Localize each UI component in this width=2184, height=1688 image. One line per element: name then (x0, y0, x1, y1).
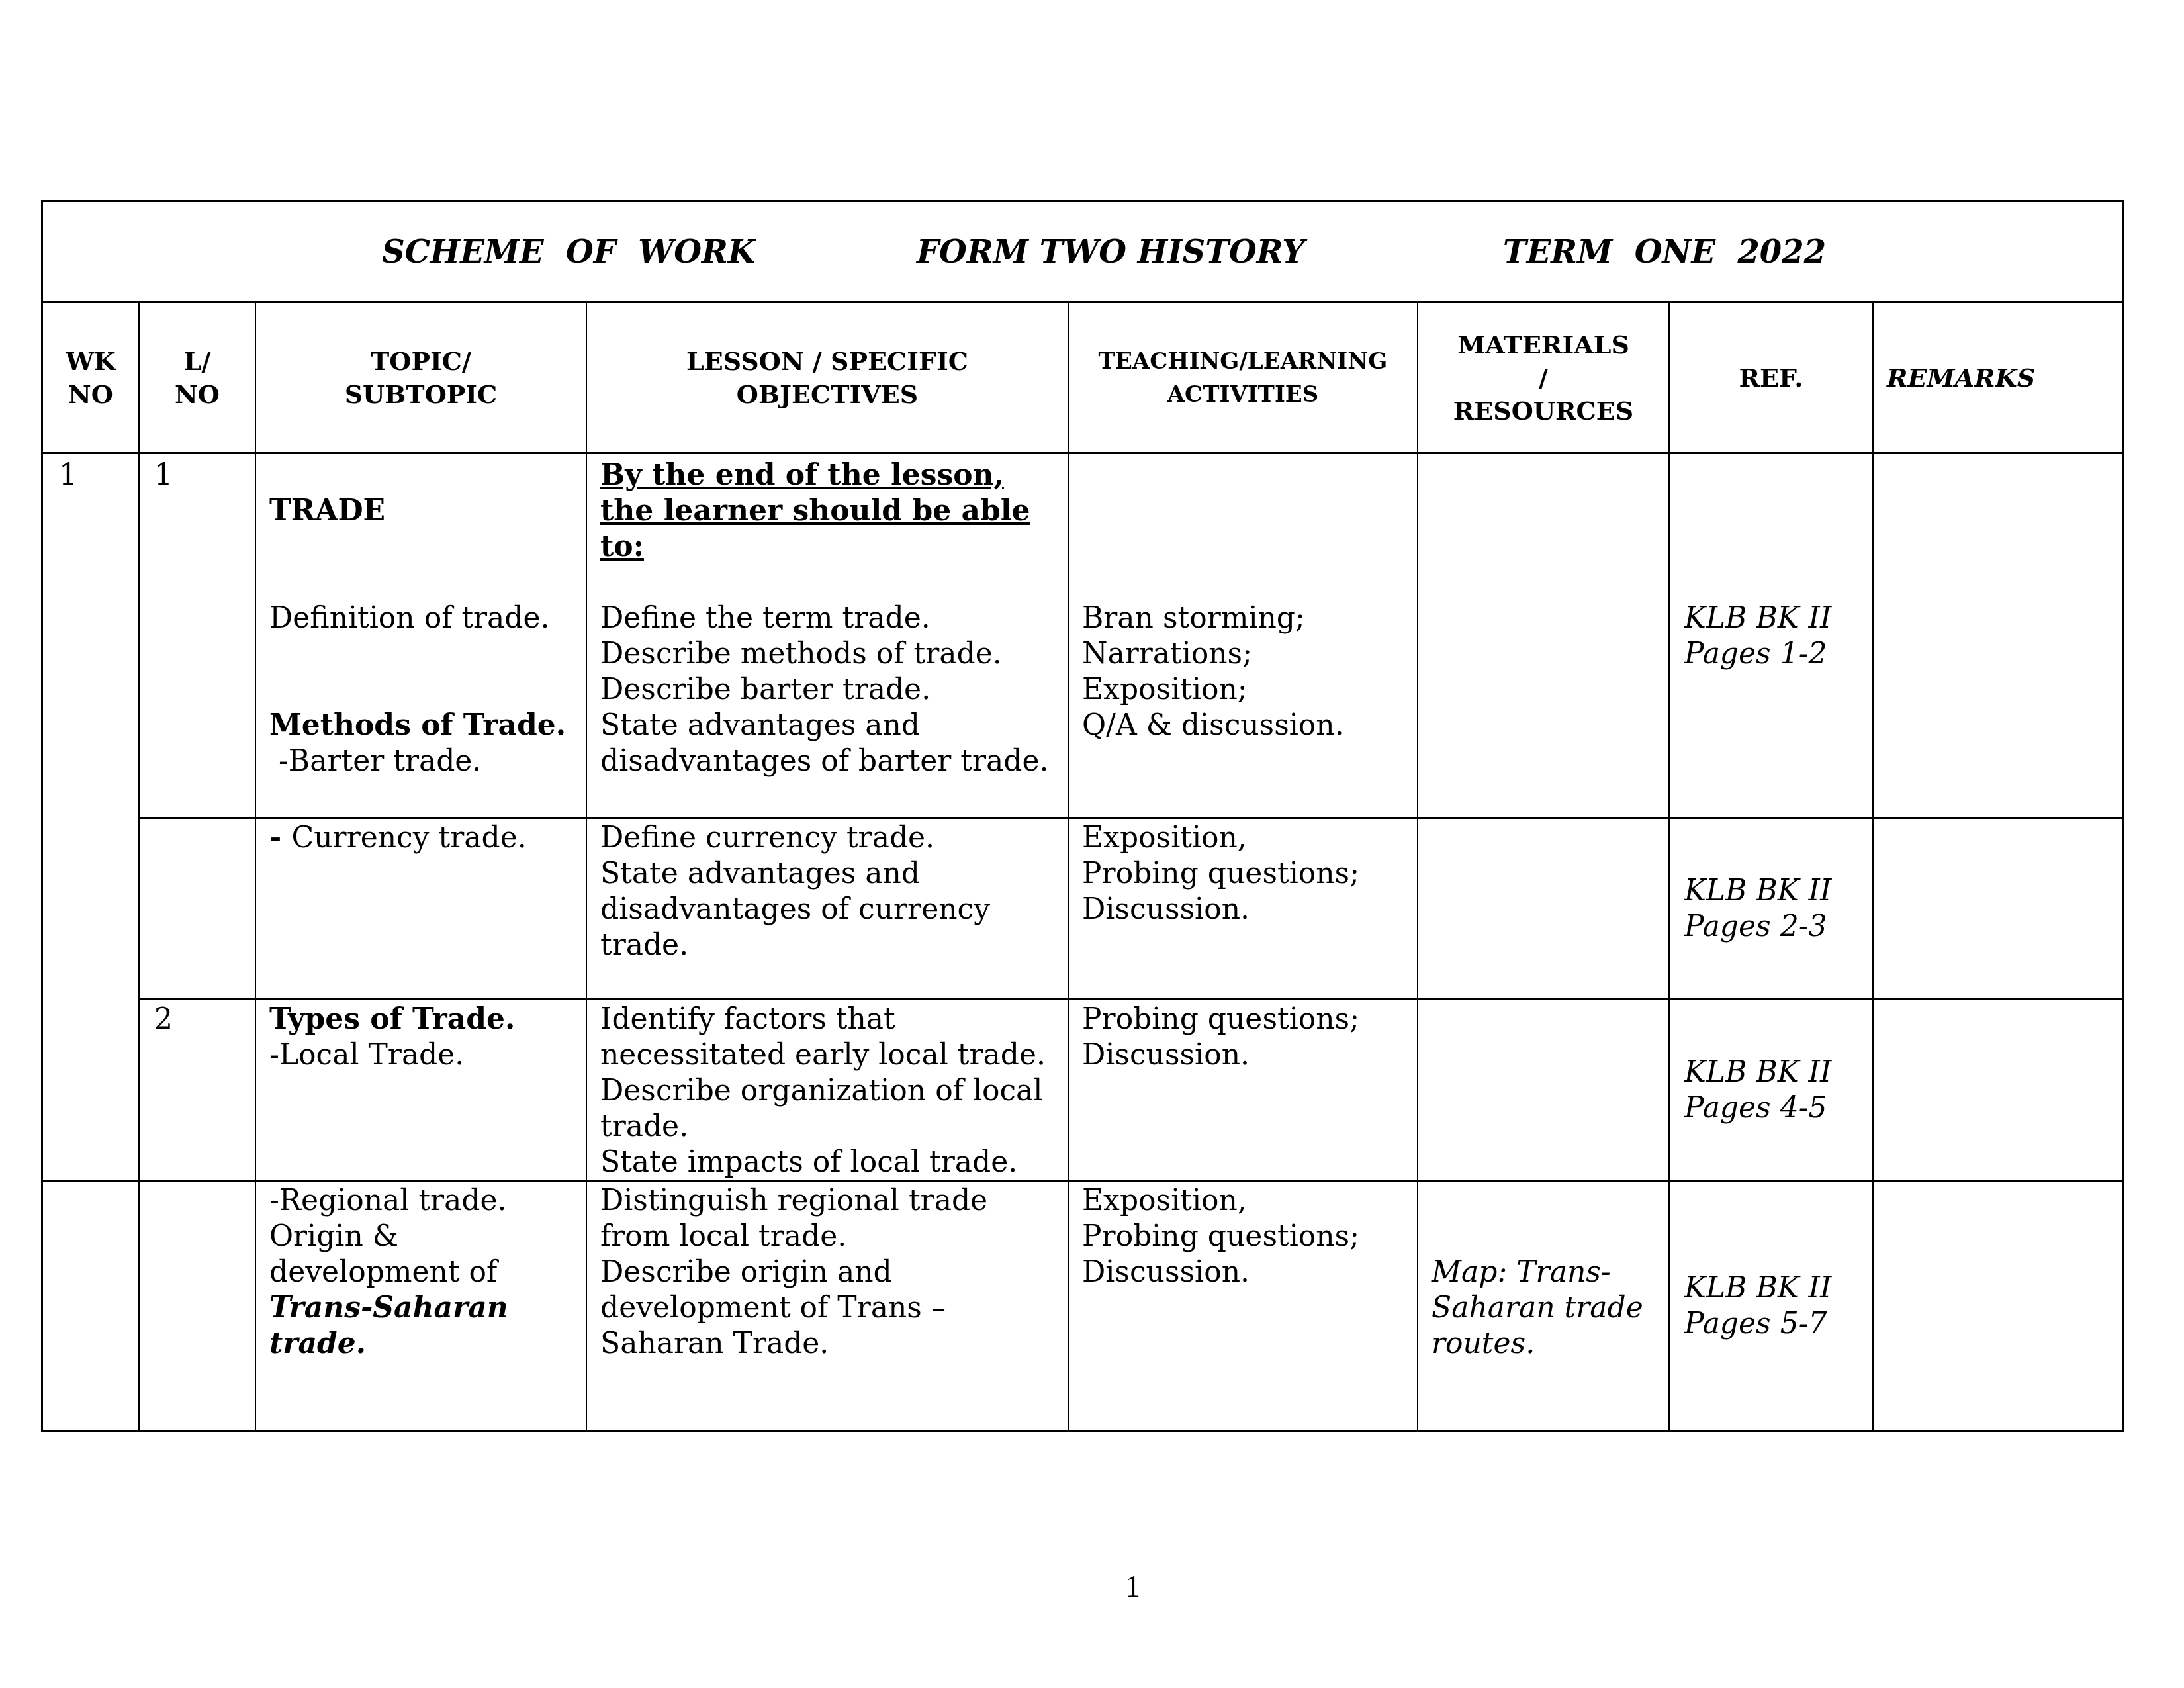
cell-topic: - Currency trade. (269, 820, 527, 856)
activity-item: Exposition, (1082, 820, 1359, 856)
cell-objectives: Distinguish regional trade from local tr… (600, 1183, 987, 1362)
header-l-line2: NO (175, 378, 220, 411)
col-divider-3 (586, 303, 587, 1430)
header-activities-line1: TEACHING/LEARNING (1099, 345, 1388, 378)
objective-item: disadvantages of barter trade. (600, 743, 1048, 779)
topic-emphasis: Trans-Saharan (269, 1290, 508, 1326)
objective-item: State advantages and (600, 708, 1048, 743)
activity-item: Probing questions; (1082, 1219, 1359, 1254)
ref-pages: Pages 2-3 (1684, 909, 1831, 945)
divider-row3 (43, 1180, 2122, 1182)
objective-item: Identify factors that (600, 1002, 1046, 1037)
ref-book: KLB BK II (1684, 873, 1831, 909)
objective-item: Define the term trade. (600, 600, 1048, 636)
col-divider-5 (1417, 303, 1418, 1430)
topic-subtopic: -Barter trade. (269, 743, 566, 779)
topic-emphasis: trade. (269, 1326, 508, 1362)
header-wk-line2: NO (66, 378, 116, 411)
cell-materials: Map: Trans- Saharan trade routes. (1432, 1254, 1643, 1362)
header-materials-line3: RESOURCES (1453, 395, 1633, 428)
cell-activities: Exposition, Probing questions; Discussio… (1082, 820, 1359, 927)
header-remarks: REMARKS (1874, 303, 2122, 452)
header-l-line1: L/ (175, 345, 220, 378)
scheme-of-work-table: SCHEME OF WORK FORM TWO HISTORY TERM ONE… (41, 200, 2124, 1432)
header-ref-label: REF. (1739, 361, 1803, 395)
cell-lesson: 2 (154, 1002, 173, 1037)
objective-item: Describe methods of trade. (600, 636, 1048, 672)
objective-item: Describe origin and (600, 1254, 987, 1290)
activity-item: Q/A & discussion. (1082, 708, 1344, 743)
cell-topic: -Regional trade. Origin & development of… (269, 1183, 508, 1362)
activity-item: Narrations; (1082, 636, 1344, 672)
material-item: routes. (1432, 1326, 1643, 1362)
objective-item: trade. (600, 927, 990, 963)
cell-topic: TRADE Definition of trade. Methods of Tr… (269, 457, 566, 779)
header-objectives: LESSON / SPECIFICOBJECTIVES (587, 303, 1068, 452)
objective-item: Describe organization of local (600, 1073, 1046, 1109)
col-divider-6 (1668, 303, 1670, 1430)
cell-activities: Exposition, Probing questions; Discussio… (1082, 1183, 1359, 1290)
cell-lesson: 1 (154, 457, 173, 493)
topic-heading: Types of Trade. (269, 1002, 515, 1037)
header-objectives-line2: OBJECTIVES (686, 378, 968, 411)
header-activities: TEACHING/LEARNINGACTIVITIES (1069, 303, 1417, 452)
objective-item: Define currency trade. (600, 820, 990, 856)
objective-item: Saharan Trade. (600, 1326, 987, 1362)
ref-book: KLB BK II (1684, 1270, 1831, 1306)
header-remarks-label: REMARKS (1887, 361, 2035, 395)
activity-item: Discussion. (1082, 1254, 1359, 1290)
title-term-year: TERM ONE 2022 (1503, 234, 1826, 271)
cell-objectives: Identify factors that necessitated early… (600, 1002, 1046, 1180)
cell-topic: Types of Trade. -Local Trade. (269, 1002, 515, 1073)
col-divider-1 (138, 303, 140, 1430)
cell-wk: 1 (59, 457, 77, 493)
objective-item: development of Trans – (600, 1290, 987, 1326)
activity-item: Discussion. (1082, 892, 1359, 927)
activity-item: Probing questions; (1082, 1002, 1359, 1037)
header-materials: MATERIALS/RESOURCES (1418, 303, 1668, 452)
topic-subtopic: Origin & (269, 1219, 508, 1254)
header-wk-line1: WK (66, 345, 116, 378)
activity-item: Discussion. (1082, 1037, 1359, 1073)
objective-item: Distinguish regional trade (600, 1183, 987, 1219)
divider-row2 (138, 998, 2122, 1000)
topic-subtopic: Definition of trade. (269, 600, 566, 636)
activity-item: Probing questions; (1082, 856, 1359, 892)
header-objectives-line1: LESSON / SPECIFIC (686, 345, 968, 378)
cell-activities: Bran storming; Narrations; Exposition; Q… (1082, 600, 1344, 743)
col-divider-7 (1872, 303, 1874, 1430)
material-item: Saharan trade (1432, 1290, 1643, 1326)
divider-row1 (138, 817, 2122, 819)
topic-subtopic: development of (269, 1254, 508, 1290)
objective-item: necessitated early local trade. (600, 1037, 1046, 1073)
objective-item: disadvantages of currency (600, 892, 990, 927)
cell-ref: KLB BK II Pages 2-3 (1684, 873, 1831, 945)
material-item: Map: Trans- (1432, 1254, 1643, 1290)
title-scheme-of-work: SCHEME OF WORK (382, 234, 756, 271)
objective-item: trade. (600, 1109, 1046, 1145)
ref-pages: Pages 1-2 (1684, 636, 1831, 672)
topic-heading: TRADE (269, 493, 566, 529)
divider-header (43, 452, 2122, 454)
topic-prefix: - (269, 821, 292, 855)
header-activities-line2: ACTIVITIES (1099, 378, 1388, 411)
header-materials-line2: / (1453, 361, 1633, 395)
activity-item: Exposition, (1082, 1183, 1359, 1219)
col-divider-4 (1068, 303, 1069, 1430)
header-wk-no: WKNO (43, 303, 138, 452)
ref-pages: Pages 4-5 (1684, 1090, 1831, 1126)
cell-ref: KLB BK II Pages 5-7 (1684, 1270, 1831, 1342)
objective-item: from local trade. (600, 1219, 987, 1254)
topic-heading: Methods of Trade. (269, 708, 566, 743)
objectives-intro: to: (600, 529, 1048, 565)
ref-book: KLB BK II (1684, 1055, 1831, 1090)
cell-ref: KLB BK II Pages 4-5 (1684, 1055, 1831, 1126)
title-form-subject: FORM TWO HISTORY (917, 234, 1304, 271)
objective-item: Describe barter trade. (600, 672, 1048, 708)
header-topic-line2: SUBTOPIC (345, 378, 498, 411)
ref-pages: Pages 5-7 (1684, 1306, 1831, 1342)
ref-book: KLB BK II (1684, 600, 1831, 636)
objectives-intro: the learner should be able (600, 493, 1048, 529)
objective-item: State impacts of local trade. (600, 1145, 1046, 1180)
cell-activities: Probing questions; Discussion. (1082, 1002, 1359, 1073)
cell-objectives: By the end of the lesson, the learner sh… (600, 457, 1048, 779)
objective-item: State advantages and (600, 856, 990, 892)
cell-objectives: Define currency trade. State advantages … (600, 820, 990, 963)
activity-item: Bran storming; (1082, 600, 1344, 636)
objectives-intro: By the end of the lesson, (600, 457, 1048, 493)
cell-ref: KLB BK II Pages 1-2 (1684, 600, 1831, 672)
topic-subtopic: Currency trade. (292, 821, 527, 855)
topic-subtopic: -Local Trade. (269, 1037, 515, 1073)
activity-item: Exposition; (1082, 672, 1344, 708)
header-topic: TOPIC/SUBTOPIC (256, 303, 586, 452)
header-ref: REF. (1670, 303, 1872, 452)
header-l-no: L/NO (140, 303, 255, 452)
header-materials-line1: MATERIALS (1453, 328, 1633, 361)
header-topic-line1: TOPIC/ (345, 345, 498, 378)
topic-subtopic: -Regional trade. (269, 1183, 508, 1219)
page-number: 1 (1125, 1569, 1140, 1604)
col-divider-2 (255, 303, 256, 1430)
